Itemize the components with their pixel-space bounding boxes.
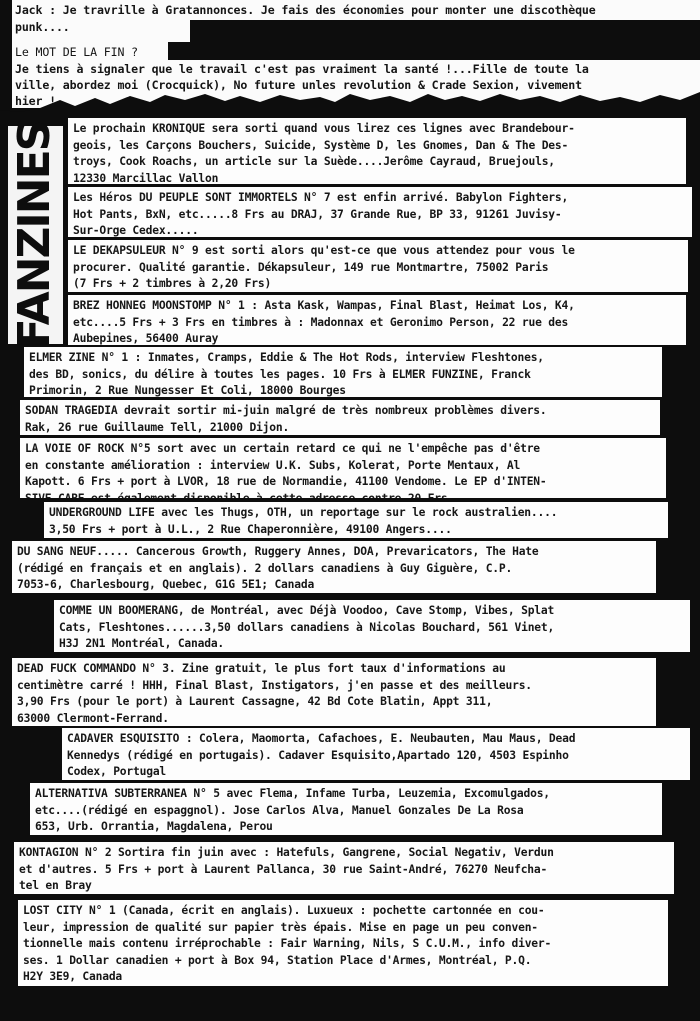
entry-line: Aubepines, 56400 Auray	[73, 331, 681, 345]
entry-line: 63000 Clermont-Ferrand.	[17, 711, 651, 726]
entry-line: Cats, Fleshtones......3,50 dollars canad…	[59, 620, 685, 637]
entry-line: LOST CITY N° 1 (Canada, écrit en anglais…	[23, 903, 663, 920]
entry-line: (7 Frs + 2 timbres à 2,20 Frs)	[73, 276, 683, 292]
entry-line: UNDERGROUND LIFE avec les Thugs, OTH, un…	[49, 505, 663, 522]
fanzine-page: Jack : Je travrille à Gratannonces. Je f…	[0, 0, 700, 1021]
entry-line: des BD, sonics, du délire à toutes les p…	[29, 367, 657, 384]
entry-line: Sur-Orge Cedex.....	[73, 223, 687, 237]
entry-line: H2Y 3E9, Canada	[23, 969, 663, 986]
entry-line: centimètre carré ! HHH, Final Blast, Ins…	[17, 678, 651, 695]
entry-line: en constante amélioration : interview U.…	[25, 458, 661, 475]
entry-line: H3J 2N1 Montréal, Canada.	[59, 636, 685, 652]
letter-mot-title: Le MOT DE LA FIN ?	[12, 44, 141, 60]
entry-line: etc....(rédigé en espaggnol). Jose Carlo…	[35, 803, 657, 820]
entry-line: Kennedys (rédigé en portugais). Cadaver …	[67, 748, 685, 765]
entry-line: KONTAGION N° 2 Sortira fin juin avec : H…	[19, 845, 669, 862]
entry-line: 7053-6, Charlesbourg, Quebec, G1G 5E1; C…	[17, 577, 651, 593]
entry-line: troys, Cook Roachs, un article sur la Su…	[73, 154, 681, 171]
entry-line: Primorin, 2 Rue Nungesser Et Coli, 18000…	[29, 383, 657, 397]
fanzines-logo: FANZINES	[13, 122, 57, 349]
entry-line: etc....5 Frs + 3 Frs en timbres à : Mado…	[73, 315, 681, 332]
entry-line: tel en Bray	[19, 878, 669, 894]
fanzine-entry: CADAVER ESQUISITO : Colera, Maomorta, Ca…	[62, 728, 690, 780]
entry-line: BREZ HONNEG MOONSTOMP N° 1 : Asta Kask, …	[73, 298, 681, 315]
fanzine-entry: Le prochain KRONIQUE sera sorti quand vo…	[68, 118, 686, 184]
entry-line: Hot Pants, BxN, etc.....8 Frs au DRAJ, 3…	[73, 207, 687, 224]
entry-line: LE DEKAPSULEUR N° 9 est sorti alors qu'e…	[73, 243, 683, 260]
letter-mot-line-1: Je tiens à signaler que le travail c'est…	[12, 61, 592, 77]
entry-line: 653, Urb. Orrantia, Magdalena, Perou	[35, 819, 657, 835]
entry-line: 12330 Marcillac Vallon	[73, 171, 681, 184]
fanzine-entry: COMME UN BOOMERANG, de Montréal, avec Dé…	[54, 600, 690, 652]
entry-line: SODAN TRAGEDIA devrait sortir mi-juin ma…	[25, 403, 655, 420]
entry-line: leur, impression de qualité sur papier t…	[23, 920, 663, 937]
fanzine-entry: SODAN TRAGEDIA devrait sortir mi-juin ma…	[20, 400, 660, 435]
entry-line: 3,90 Frs (pour le port) à Laurent Cassag…	[17, 694, 651, 711]
fanzine-entry: LE DEKAPSULEUR N° 9 est sorti alors qu'e…	[68, 240, 688, 292]
letter-jack-line-1: Jack : Je travrille à Gratannonces. Je f…	[12, 2, 599, 18]
torn-edge-divider	[0, 88, 700, 122]
entry-line: DEAD FUCK COMMANDO N° 3. Zine gratuit, l…	[17, 661, 651, 678]
fanzine-entry: LOST CITY N° 1 (Canada, écrit en anglais…	[18, 900, 668, 986]
fanzine-entry: UNDERGROUND LIFE avec les Thugs, OTH, un…	[44, 502, 668, 538]
fanzine-entry: DU SANG NEUF..... Cancerous Growth, Rugg…	[12, 541, 656, 593]
entry-line: LA VOIE OF ROCK N°5 sort avec un certain…	[25, 441, 661, 458]
entry-line: Le prochain KRONIQUE sera sorti quand vo…	[73, 121, 681, 138]
entry-line: COMME UN BOOMERANG, de Montréal, avec Dé…	[59, 603, 685, 620]
entry-line: Codex, Portugal	[67, 764, 685, 780]
entry-line: tionnelle mais contenu irréprochable : F…	[23, 936, 663, 953]
entry-line: (rédigé en français et en anglais). 2 do…	[17, 561, 651, 578]
entry-line: ALTERNATIVA SUBTERRANEA N° 5 avec Flema,…	[35, 786, 657, 803]
entry-line: Les Héros DU PEUPLE SONT IMMORTELS N° 7 …	[73, 190, 687, 207]
fanzine-entry: KONTAGION N° 2 Sortira fin juin avec : H…	[14, 842, 674, 894]
fanzine-entry: Les Héros DU PEUPLE SONT IMMORTELS N° 7 …	[68, 187, 692, 237]
entry-line: Rak, 26 rue Guillaume Tell, 21000 Dijon.	[25, 420, 655, 435]
redaction-bar	[190, 20, 700, 42]
letter-jack-line-2: punk....	[12, 19, 73, 35]
entry-line: procurer. Qualité garantie. Dékapsuleur,…	[73, 260, 683, 277]
entry-line: Kapott. 6 Frs + port à LVOR, 18 rue de N…	[25, 474, 661, 491]
entry-line: SIVE CARE est également disponible à cet…	[25, 491, 661, 498]
fanzine-entry: DEAD FUCK COMMANDO N° 3. Zine gratuit, l…	[12, 658, 656, 726]
entry-line: geois, les Carçons Bouchers, Suicide, Sy…	[73, 138, 681, 155]
fanzine-entry: LA VOIE OF ROCK N°5 sort avec un certain…	[20, 438, 666, 498]
entry-line: ELMER ZINE N° 1 : Inmates, Cramps, Eddie…	[29, 350, 657, 367]
entry-line: CADAVER ESQUISITO : Colera, Maomorta, Ca…	[67, 731, 685, 748]
entry-line: 3,50 Frs + port à U.L., 2 Rue Chaperonni…	[49, 522, 663, 538]
redaction-bar	[168, 42, 700, 60]
entry-line: et d'autres. 5 Frs + port à Laurent Pall…	[19, 862, 669, 879]
entry-line: ses. 1 Dollar canadien + port à Box 94, …	[23, 953, 663, 970]
entry-line: DU SANG NEUF..... Cancerous Growth, Rugg…	[17, 544, 651, 561]
fanzine-entry: BREZ HONNEG MOONSTOMP N° 1 : Asta Kask, …	[68, 295, 686, 345]
fanzine-entry: ALTERNATIVA SUBTERRANEA N° 5 avec Flema,…	[30, 783, 662, 835]
fanzine-entry: ELMER ZINE N° 1 : Inmates, Cramps, Eddie…	[24, 347, 662, 397]
